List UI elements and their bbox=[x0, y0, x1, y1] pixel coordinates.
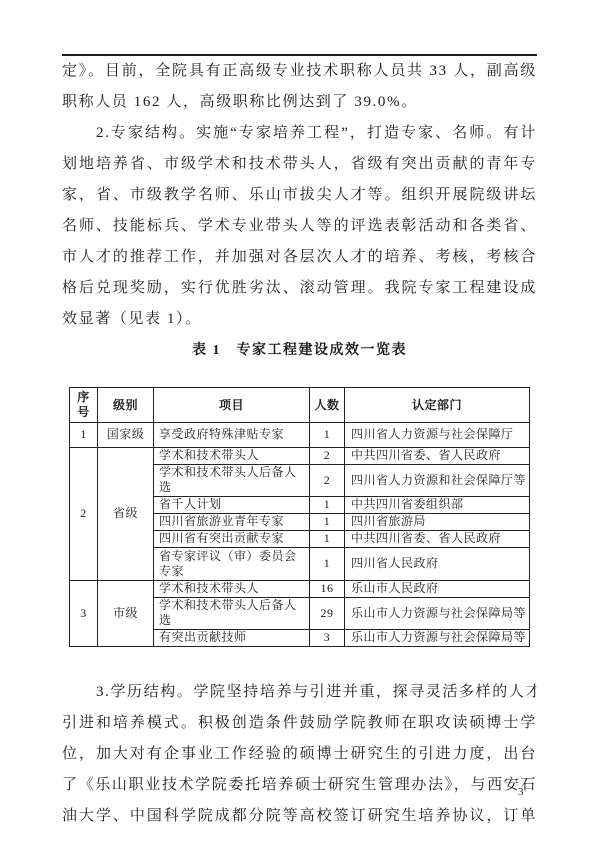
body-line: 效显著（见表 1）。 bbox=[62, 304, 537, 335]
cell-dept: 乐山市人力资源与社会保障局等 bbox=[345, 630, 530, 647]
cell-count: 29 bbox=[310, 598, 345, 630]
cell-count: 1 bbox=[310, 548, 345, 581]
cell-count: 2 bbox=[310, 465, 345, 497]
cell-group-no: 3 bbox=[70, 581, 98, 647]
cell-item: 学术和技术带头人 bbox=[154, 581, 310, 598]
table-row: 2 省级 学术和技术带头人 2 中共四川省委、省人民政府 bbox=[70, 448, 530, 465]
body-line: 职称人员 162 人，高级职称比例达到了 39.0%。 bbox=[62, 87, 537, 118]
body-line: 引进和培养模式。积极创造条件鼓励学院教师在职攻读硕博士学 bbox=[62, 708, 537, 739]
cell-item: 四川省有突出贡献专家 bbox=[154, 531, 310, 548]
cell-item: 学术和技术带头人后备人选 bbox=[154, 465, 310, 497]
table-row: 1 国家级 享受政府特殊津贴专家 1 四川省人力资源与社会保障厅 bbox=[70, 423, 530, 448]
cell-dept: 四川省人力资源与社会保障厅 bbox=[345, 423, 530, 448]
cell-dept: 中共四川省委、省人民政府 bbox=[345, 531, 530, 548]
cell-item: 享受政府特殊津贴专家 bbox=[154, 423, 310, 448]
body-line: 2.专家结构。实施“专家培养工程”，打造专家、名师。有计 bbox=[62, 118, 537, 149]
body-line: 定》。目前，全院具有正高级专业技术职称人员共 33 人，副高级 bbox=[62, 56, 537, 87]
cell-dept: 四川省人民政府 bbox=[345, 548, 530, 581]
body-line: 家，省、市级教学名师、乐山市拔尖人才等。组织开展院级讲坛 bbox=[62, 180, 537, 211]
cell-item: 学术和技术带头人后备人选 bbox=[154, 598, 310, 630]
table-header-row: 序号 级别 项目 人数 认定部门 bbox=[70, 388, 530, 423]
table-row: 3 市级 学术和技术带头人 16 乐山市人民政府 bbox=[70, 581, 530, 598]
cell-dept: 中共四川省委、省人民政府 bbox=[345, 448, 530, 465]
cell-item: 省千人计划 bbox=[154, 497, 310, 514]
col-header-rendingbumen: 认定部门 bbox=[345, 388, 530, 423]
cell-item: 四川省旅游业青年专家 bbox=[154, 514, 310, 531]
cell-count: 1 bbox=[310, 514, 345, 531]
body-line: 市人才的推荐工作，并加强对各层次人才的培养、考核，考核合 bbox=[62, 242, 537, 273]
body-line: 油大学、中国科学院成都分院等高校签订研究生培养协议，订单 bbox=[62, 801, 537, 832]
page-number: 3 bbox=[518, 786, 524, 798]
cell-item: 学术和技术带头人 bbox=[154, 448, 310, 465]
cell-group-no: 1 bbox=[70, 423, 98, 448]
cell-count: 2 bbox=[310, 448, 345, 465]
cell-group-level: 国家级 bbox=[98, 423, 154, 448]
body-line: 格后兑现奖励，实行优胜劣汰、滚动管理。我院专家工程建设成 bbox=[62, 273, 537, 304]
col-header-xiangmu: 项目 bbox=[154, 388, 310, 423]
body-line: 位，加大对有企事业工作经验的硕博士研究生的引进力度，出台 bbox=[62, 739, 537, 770]
body-line: 了《乐山职业技术学院委托培养硕士研究生管理办法》，与西安石 bbox=[62, 770, 537, 801]
cell-count: 16 bbox=[310, 581, 345, 598]
table-caption: 表 1 专家工程建设成效一览表 bbox=[62, 338, 537, 363]
paragraph-1: 定》。目前，全院具有正高级专业技术职称人员共 33 人，副高级 职称人员 162… bbox=[62, 56, 537, 118]
document-page: 定》。目前，全院具有正高级专业技术职称人员共 33 人，副高级 职称人员 162… bbox=[0, 0, 596, 842]
cell-item: 有突出贡献技师 bbox=[154, 630, 310, 647]
body-line: 3.学历结构。学院坚持培养与引进并重，探寻灵活多样的人才 bbox=[62, 677, 537, 708]
cell-group-level: 市级 bbox=[98, 581, 154, 647]
cell-count: 1 bbox=[310, 531, 345, 548]
page-content: 定》。目前，全院具有正高级专业技术职称人员共 33 人，副高级 职称人员 162… bbox=[0, 0, 596, 832]
cell-dept: 乐山市人力资源与社会保障局等 bbox=[345, 598, 530, 630]
body-line: 划地培养省、市级学术和技术带头人，省级有突出贡献的青年专 bbox=[62, 149, 537, 180]
cell-count: 1 bbox=[310, 423, 345, 448]
body-line: 名师、技能标兵、学术专业带头人等的评选表彰活动和各类省、 bbox=[62, 211, 537, 242]
cell-dept: 中共四川省委组织部 bbox=[345, 497, 530, 514]
cell-dept: 四川省旅游局 bbox=[345, 514, 530, 531]
paragraph-2: 2.专家结构。实施“专家培养工程”，打造专家、名师。有计 划地培养省、市级学术和… bbox=[62, 118, 537, 335]
cell-dept: 乐山市人民政府 bbox=[345, 581, 530, 598]
cell-group-level: 省级 bbox=[98, 448, 154, 581]
cell-group-no: 2 bbox=[70, 448, 98, 581]
col-header-renshu: 人数 bbox=[310, 388, 345, 423]
cell-count: 3 bbox=[310, 630, 345, 647]
cell-item: 省专家评议（审）委员会专家 bbox=[154, 548, 310, 581]
cell-dept: 四川省人力资源和社会保障厅等 bbox=[345, 465, 530, 497]
col-header-xuhao: 序号 bbox=[70, 388, 98, 423]
col-header-jibie: 级别 bbox=[98, 388, 154, 423]
cell-count: 1 bbox=[310, 497, 345, 514]
paragraph-3: 3.学历结构。学院坚持培养与引进并重，探寻灵活多样的人才 引进和培养模式。积极创… bbox=[62, 677, 537, 832]
experts-table: 序号 级别 项目 人数 认定部门 1 国家级 享受政府特殊津贴专家 1 四川省人… bbox=[69, 387, 530, 647]
